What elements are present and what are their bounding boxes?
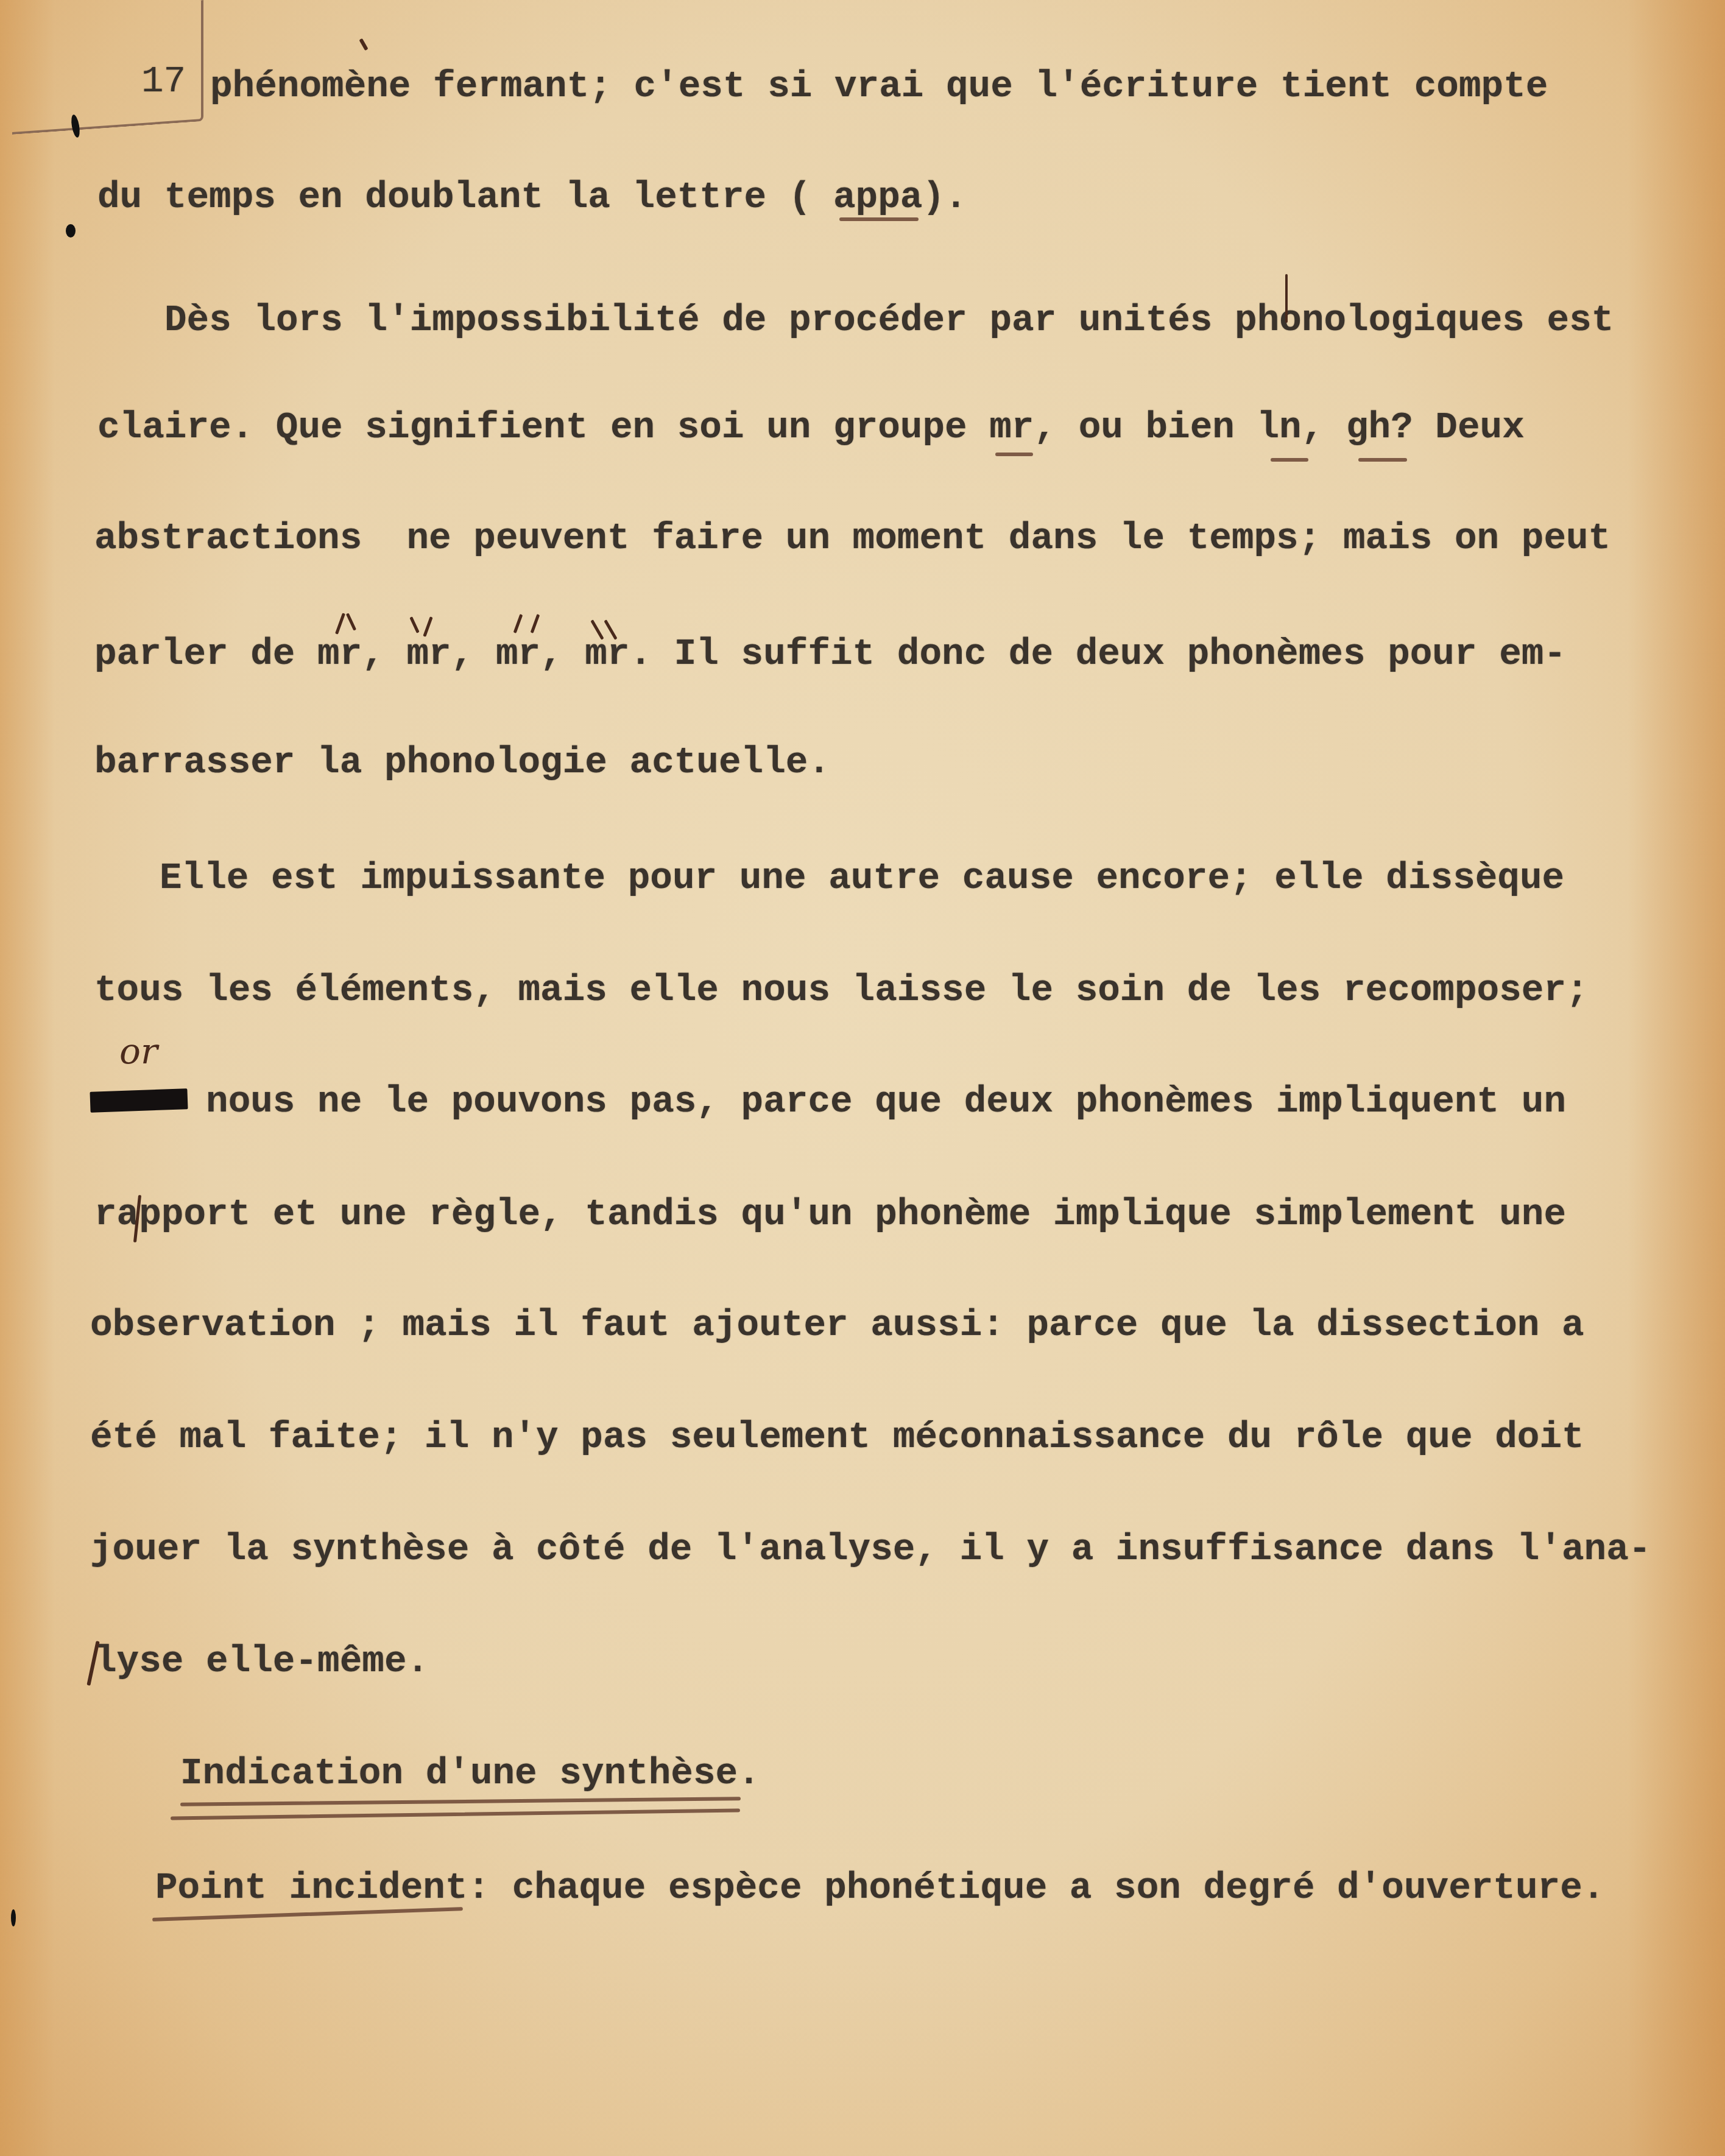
text-line-4: claire. Que signifient en soi un groupe … [97, 407, 1525, 449]
punch-hole [66, 224, 76, 238]
text-line-12: observation ; mais il faut ajouter aussi… [90, 1305, 1584, 1347]
text-line-9: tous les éléments, mais elle nous laisse… [94, 970, 1589, 1012]
text-line-2: du temps en doublant la lettre ( appa). [97, 177, 967, 219]
accent-acute-2 [531, 614, 540, 633]
insert-caret [1285, 274, 1288, 323]
accent-breve-left [409, 616, 419, 633]
accent-circumflex-left [335, 613, 345, 635]
text-line-13: été mal faite; il n'y pas seulement méco… [90, 1417, 1584, 1459]
text-line-11: rapport et une règle, tandis qu'un phonè… [94, 1194, 1566, 1236]
text-line-6: parler de mr, mr, mr, mr. Il suffit donc… [94, 633, 1566, 676]
text-line-7: barrasser la phonologie actuelle. [94, 742, 830, 784]
heading-underline-2 [171, 1808, 740, 1820]
section-heading: Indication d'une synthèse. [180, 1753, 760, 1795]
text-line-1: phénomène fermant; c'est si vrai que l'é… [210, 66, 1548, 108]
text-line-14: jouer la synthèse à côté de l'analyse, i… [90, 1529, 1651, 1571]
paper-left-edge [0, 0, 55, 2156]
accent-acute-1 [513, 614, 523, 633]
paper-right-edge [1628, 0, 1725, 2156]
text-line-8: Elle est impuissante pour une autre caus… [160, 858, 1564, 900]
text-line-5: abstractions ne peuvent faire un moment … [94, 518, 1610, 560]
text-line-17: Point incident: chaque espèce phonétique… [155, 1867, 1604, 1910]
underline-appa [839, 217, 919, 221]
text-line-15: lyse elle-même. [94, 1641, 429, 1683]
underline-mr [995, 453, 1033, 456]
accent-circumflex-right [346, 613, 356, 630]
underline-ln [1271, 458, 1308, 462]
heading-underline-1 [180, 1797, 741, 1806]
punch-hole [11, 1909, 16, 1926]
accent-mark [359, 38, 368, 51]
text-line-3: Dès lors l'impossibilité de procéder par… [164, 300, 1614, 342]
folio-number: 17 [141, 61, 186, 104]
inserted-word-or: or [119, 1030, 158, 1072]
underline-gh [1358, 458, 1407, 462]
text-line-10: nous ne le pouvons pas, parce que deux p… [94, 1081, 1566, 1124]
